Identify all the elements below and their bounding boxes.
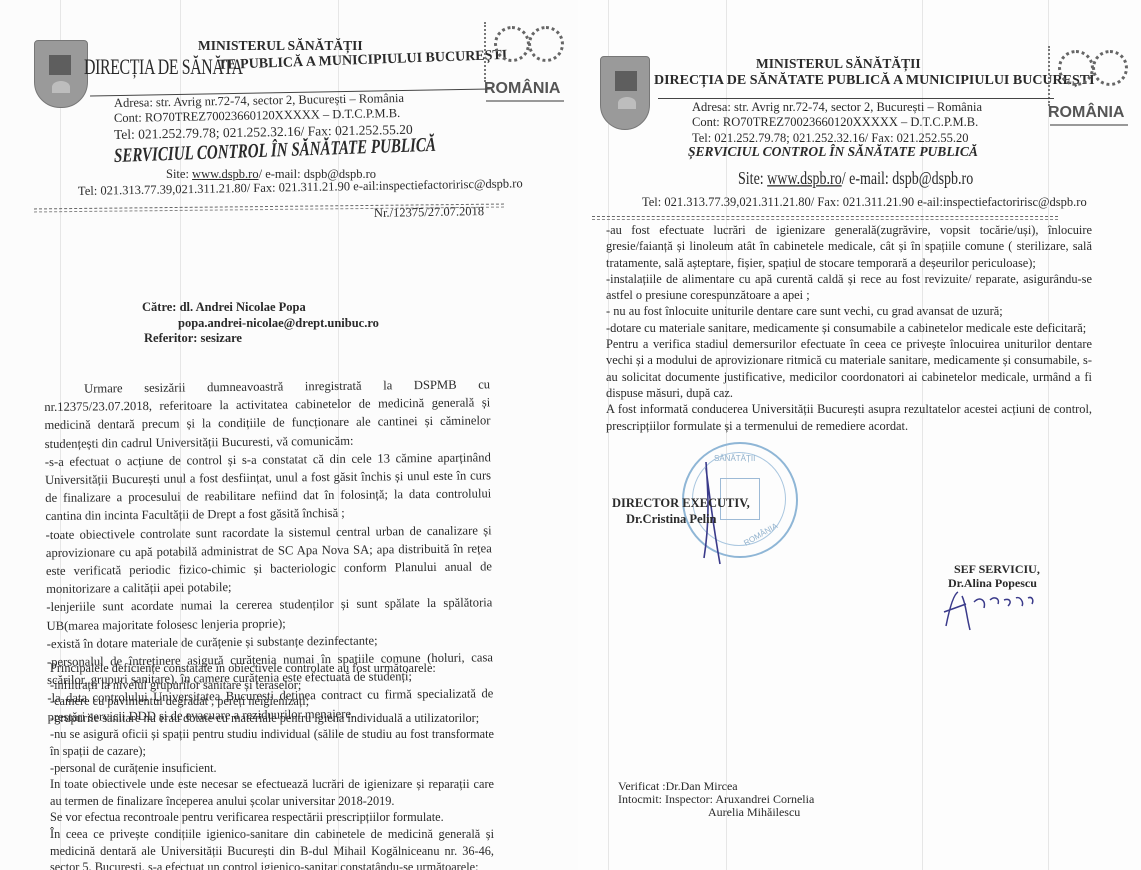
notice-paragraph: A fost informată conducerea Universități… <box>606 401 1092 434</box>
ministry-name: MINISTERUL SĂNĂTĂȚII <box>756 56 921 72</box>
site-link[interactable]: www.dspb.ro <box>767 170 842 190</box>
contact-line: Tel: 021.313.77.39,021.311.21.80/ Fax: 0… <box>642 195 1087 210</box>
chief-title: SEF SERVICIU, <box>954 562 1040 577</box>
subject: Referitor: sesizare <box>144 331 242 346</box>
deficiency-item: -infiltrații la nivelul grupurilor sanit… <box>50 677 494 694</box>
deficiency-item: -grupurile sanitare nu erau dotate cu ma… <box>50 710 494 727</box>
deficiency-item: -personal de curățenie insuficient. <box>50 760 494 777</box>
finding-item: - nu au fost înlocuite uniturile dentare… <box>606 303 1092 319</box>
romania-label: ROMÂNIA <box>1048 104 1124 122</box>
chief-signature <box>940 586 1040 636</box>
finding-item: -s-a efectuat o acțiune de control și s-… <box>45 448 492 525</box>
recipient: Către: dl. Andrei Nicolae Popa <box>142 300 306 315</box>
finding-item: -dotare cu materiale sanitare, medicamen… <box>606 320 1092 336</box>
finding-item: -lenjeriile sunt acordate numai la cerer… <box>46 594 492 635</box>
romania-label: ROMÂNIA <box>484 80 560 98</box>
finding-item: -toate obiectivele controlate sunt racor… <box>46 521 493 598</box>
letter-page-2: MINISTERUL SĂNĂTĂȚII DIRECȚIA DE SĂNĂTAT… <box>578 0 1141 870</box>
drafted-by-second: Aurelia Mihăilescu <box>708 805 800 820</box>
director-title: DIRECTOR EXECUTIV, <box>612 496 750 511</box>
header-rule <box>658 98 1054 99</box>
fold-line <box>608 0 609 870</box>
closing-paragraph: In toate obiectivele unde este necesar s… <box>50 776 494 809</box>
deficiency-item: -nu se asigură oficii și spații pentru s… <box>50 726 494 759</box>
romania-100-logo: ROMÂNIA <box>484 20 568 108</box>
closing-paragraph: Se vor efectua recontroale pentru verifi… <box>50 809 494 826</box>
director-name: Dr.Cristina Pelin <box>626 512 717 527</box>
romania-100-logo: ROMÂNIA <box>1048 44 1132 132</box>
measures-paragraph: Pentru a verifica stadiul demersurilor e… <box>606 336 1092 401</box>
reference-number: Nr./12375/27.07.2018 <box>374 204 484 221</box>
deficiencies-section: Principalele deficiențe constatate în ob… <box>50 660 494 870</box>
finding-item: -instalațiile de alimentare cu apă curen… <box>606 271 1092 304</box>
letter-page-1: MINISTERUL SĂNĂTĂȚII DIRECȚIA DE SĂNĂTA … <box>0 0 578 870</box>
site-link[interactable]: www.dspb.ro <box>192 167 259 181</box>
deficiencies-intro: Principalele deficiențe constatate în ob… <box>50 660 494 677</box>
address: Adresa: str. Avrig nr.72-74, sector 2, B… <box>692 100 982 115</box>
recipient-email[interactable]: popa.andrei-nicolae@drept.unibuc.ro <box>178 316 379 331</box>
coat-of-arms-logo <box>600 56 650 130</box>
site-line: Site: www.dspb.ro/ e-mail: dspb@dspb.ro <box>738 170 973 191</box>
finding-item: -au fost efectuate lucrări de igienizare… <box>606 222 1092 271</box>
page2-body: -au fost efectuate lucrări de igienizare… <box>606 222 1092 434</box>
header-divider <box>592 216 1058 220</box>
directorate-name: DIRECȚIA DE SĂNĂTATE PUBLICĂ A MUNICIPIU… <box>654 73 1095 89</box>
coat-of-arms-logo <box>34 40 88 108</box>
ministry-name: MINISTERUL SĂNĂTĂȚII <box>198 38 363 54</box>
deficiency-item: -camere cu pavimentul degradat , pereți … <box>50 693 494 710</box>
service-name: ȘERVICIUL CONTROL ÎN SĂNĂTATE PUBLICĂ <box>688 144 978 160</box>
bank-account: Cont: RO70TREZ70023660120XXXXX – D.T.C.P… <box>692 115 978 130</box>
closing-paragraph: În ceea ce privește condițiile igienico-… <box>50 826 494 870</box>
intro-paragraph: Urmare sesizării dumneavoastră inregistr… <box>44 375 491 452</box>
contact-line: Tel: 021.313.77.39,021.311.21.80/ Fax: 0… <box>78 176 523 199</box>
